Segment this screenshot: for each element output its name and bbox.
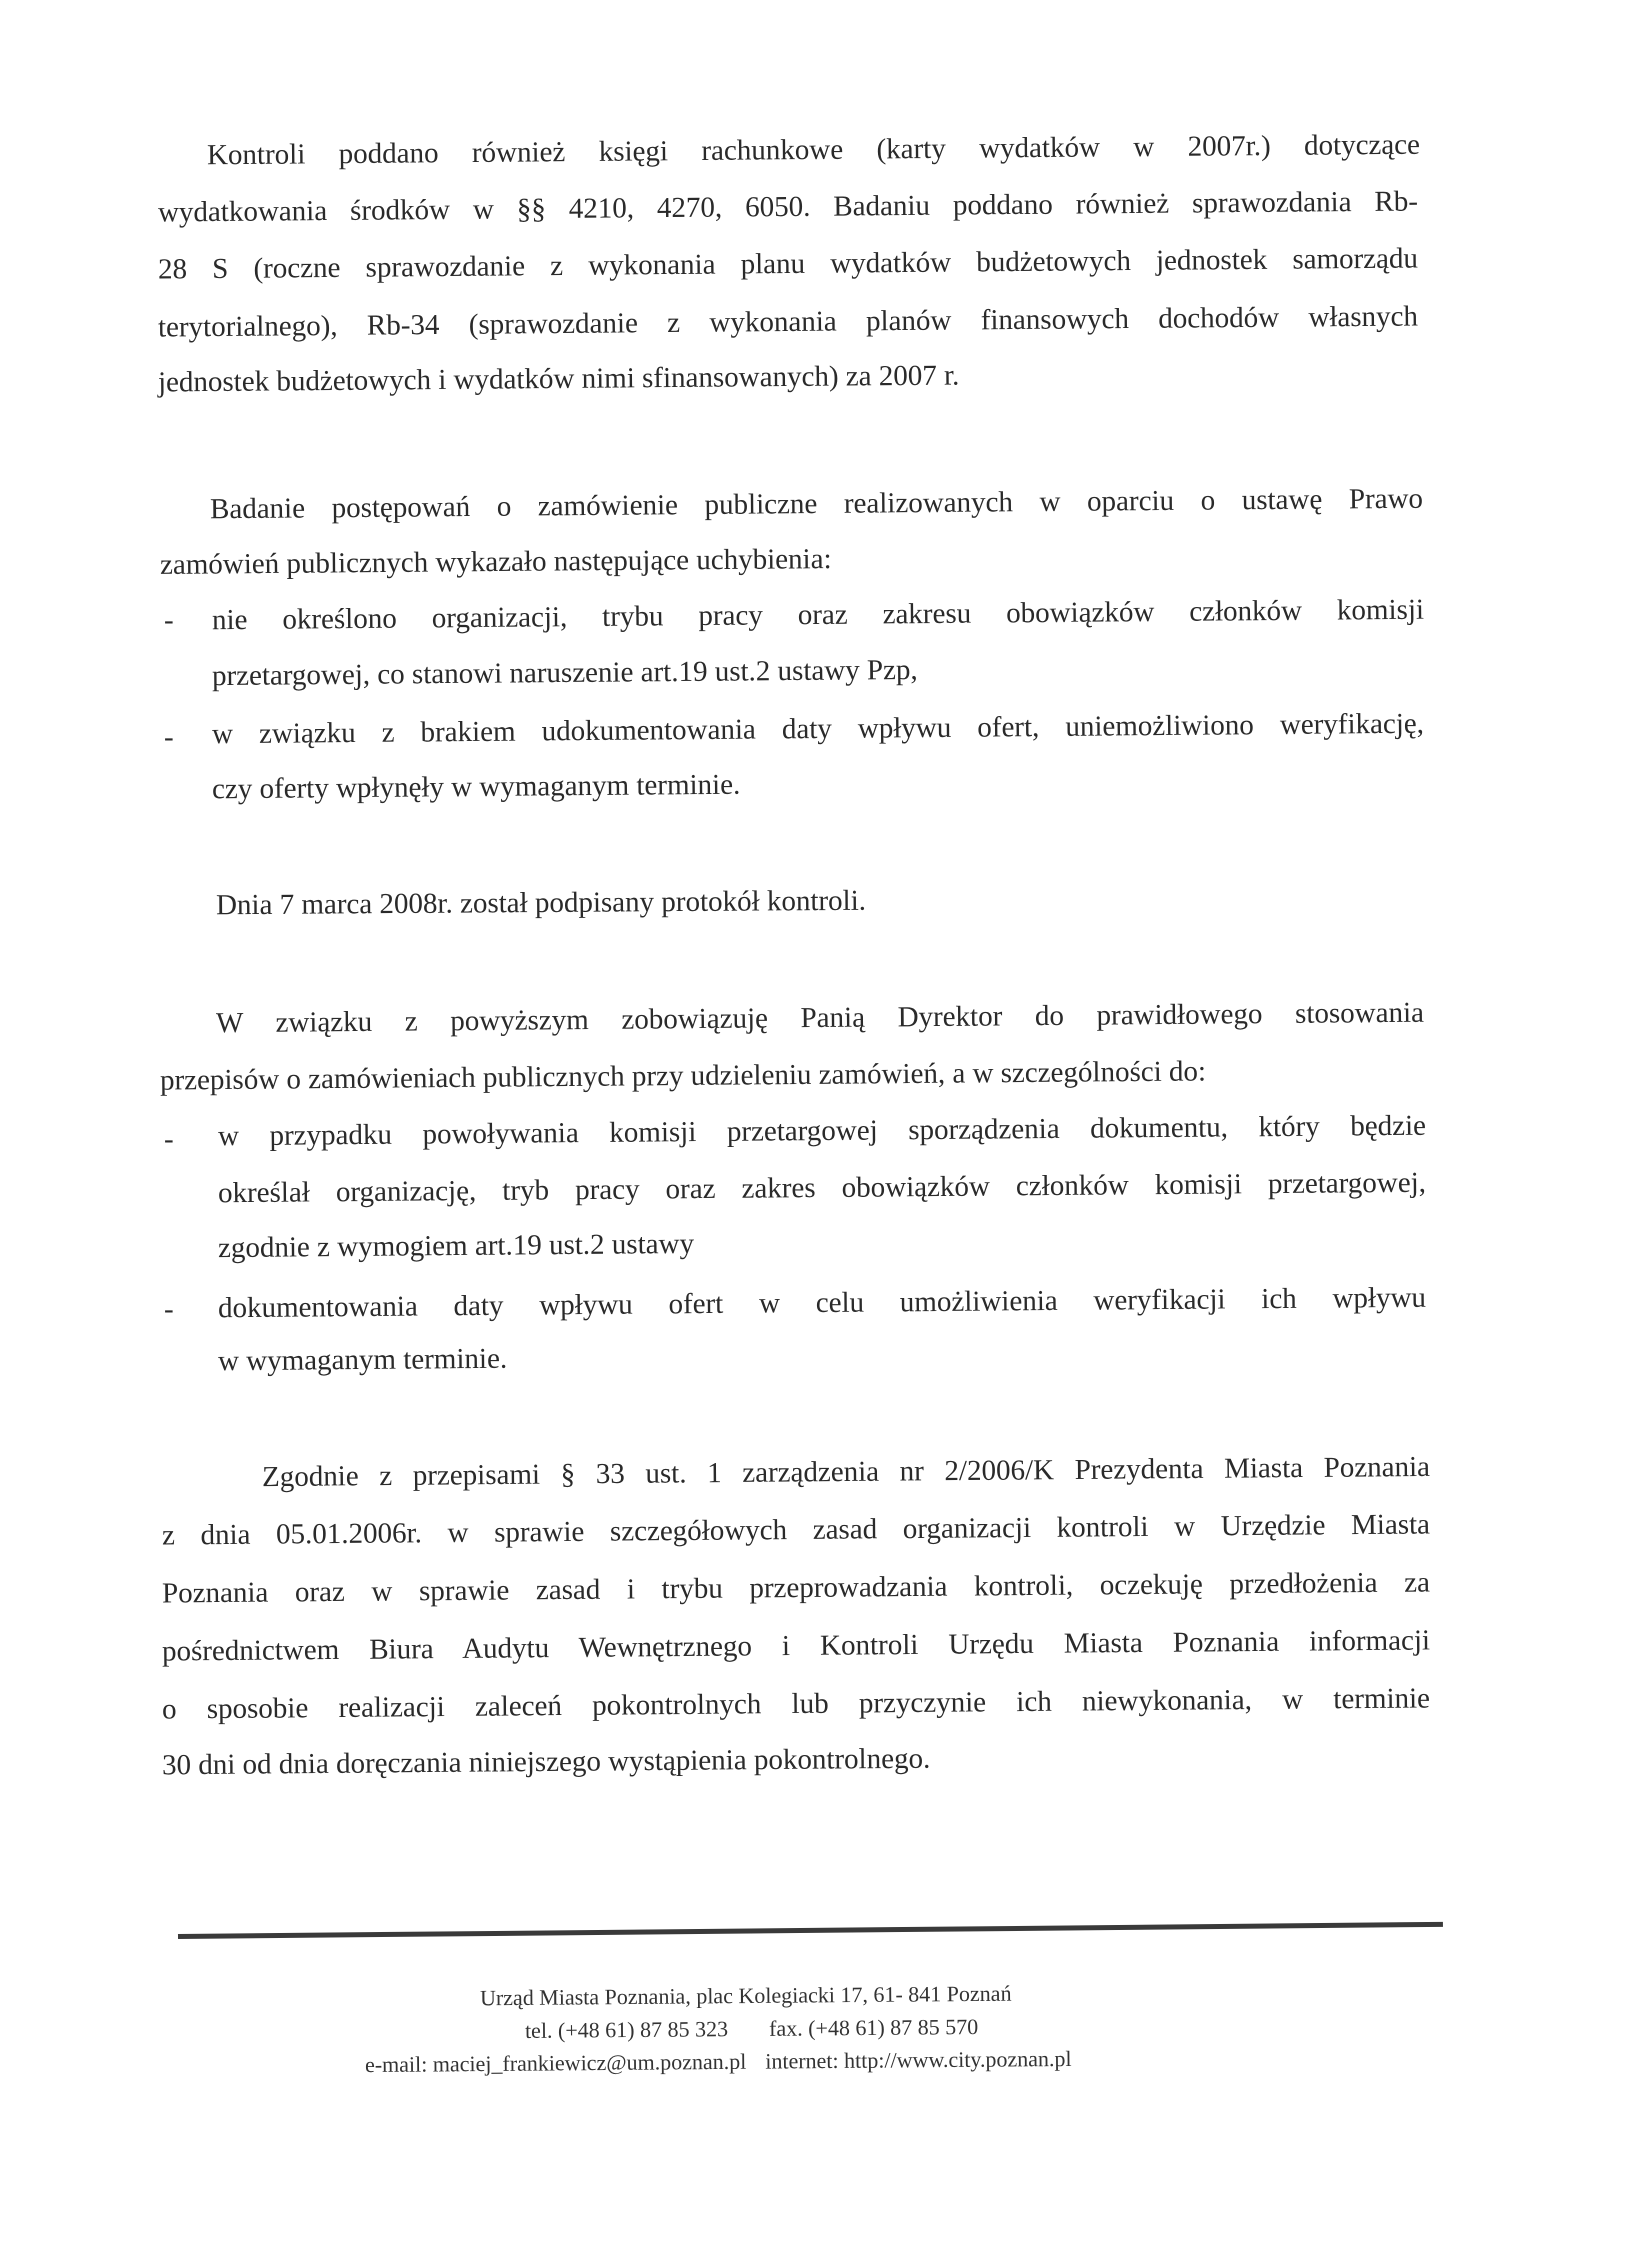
text-line: Zgodnie z przepisami § 33 ust. 1 zarządz… [262, 1450, 1430, 1494]
footer-email-label: e-mail: [365, 2051, 433, 2077]
text-line: nie określono organizacji, trybu pracy o… [212, 593, 1424, 638]
text-line: dokumentowania daty wpływu ofert w celu … [218, 1281, 1426, 1326]
text-line: Badanie postępowań o zamówienie publiczn… [210, 482, 1423, 527]
bullet-dash: - [164, 603, 174, 637]
footer-website-link[interactable]: http://www.city.poznan.pl [844, 2046, 1072, 2073]
text-line: w wymaganym terminie. [218, 1342, 507, 1379]
text-line: 28 S (roczne sprawozdanie z wykonania pl… [158, 242, 1418, 287]
text-line: czy oferty wpłynęły w wymaganym terminie… [212, 768, 741, 807]
text-line: terytorialnego), Rb-34 (sprawozdanie z w… [158, 300, 1418, 345]
bullet-dash: - [164, 1292, 174, 1326]
text-line: przetargowej, co stanowi naruszenie art.… [212, 653, 918, 693]
text-line: Dnia 7 marca 2008r. został podpisany pro… [216, 884, 866, 923]
footer-address: Urząd Miasta Poznania, plac Kolegiacki 1… [480, 1981, 1012, 2012]
text-line: Kontroli poddano również księgi rachunko… [207, 128, 1420, 173]
text-line: w przypadku powoływania komisji przetarg… [218, 1109, 1426, 1154]
footer-web-line: e-mail: maciej_frankiewicz@um.poznan.pl … [365, 2046, 1072, 2078]
text-line: o sposobie realizacji zaleceń pokontroln… [162, 1681, 1430, 1726]
footer-contact-line: tel. (+48 61) 87 85 323 fax. (+48 61) 87… [525, 2014, 978, 2044]
text-line: W związku z powyższym zobowiązuję Panią … [216, 996, 1424, 1041]
footer-internet-label: internet: [765, 2048, 844, 2074]
footer-divider [178, 1922, 1443, 1939]
text-line: w związku z brakiem udokumentowania daty… [212, 707, 1424, 752]
text-line: Poznania oraz w sprawie zasad i trybu pr… [162, 1565, 1430, 1610]
bullet-dash: - [164, 1122, 174, 1156]
footer-email-link[interactable]: maciej_frankiewicz@um.poznan.pl [433, 2049, 747, 2077]
text-line: z dnia 05.01.2006r. w sprawie szczegółow… [162, 1507, 1430, 1552]
document-page: Kontroli poddano również księgi rachunko… [0, 0, 1648, 2246]
text-line: wydatkowania środków w §§ 4210, 4270, 60… [158, 185, 1418, 230]
footer-phone: tel. (+48 61) 87 85 323 [525, 2016, 728, 2043]
text-line: pośrednictwem Biura Audytu Wewnętrznego … [162, 1623, 1430, 1668]
text-line: 30 dni od dnia doręczania niniejszego wy… [162, 1742, 931, 1783]
text-line: zgodnie z wymogiem art.19 ust.2 ustawy [218, 1227, 694, 1265]
text-line: zamówień publicznych wykazało następując… [160, 542, 832, 582]
text-line: przepisów o zamówieniach publicznych prz… [160, 1054, 1206, 1097]
bullet-dash: - [164, 720, 174, 754]
text-line: jednostek budżetowych i wydatków nimi sf… [158, 359, 960, 400]
text-line: określał organizację, tryb pracy oraz za… [218, 1166, 1426, 1211]
footer-fax: fax. (+48 61) 87 85 570 [769, 2014, 978, 2041]
